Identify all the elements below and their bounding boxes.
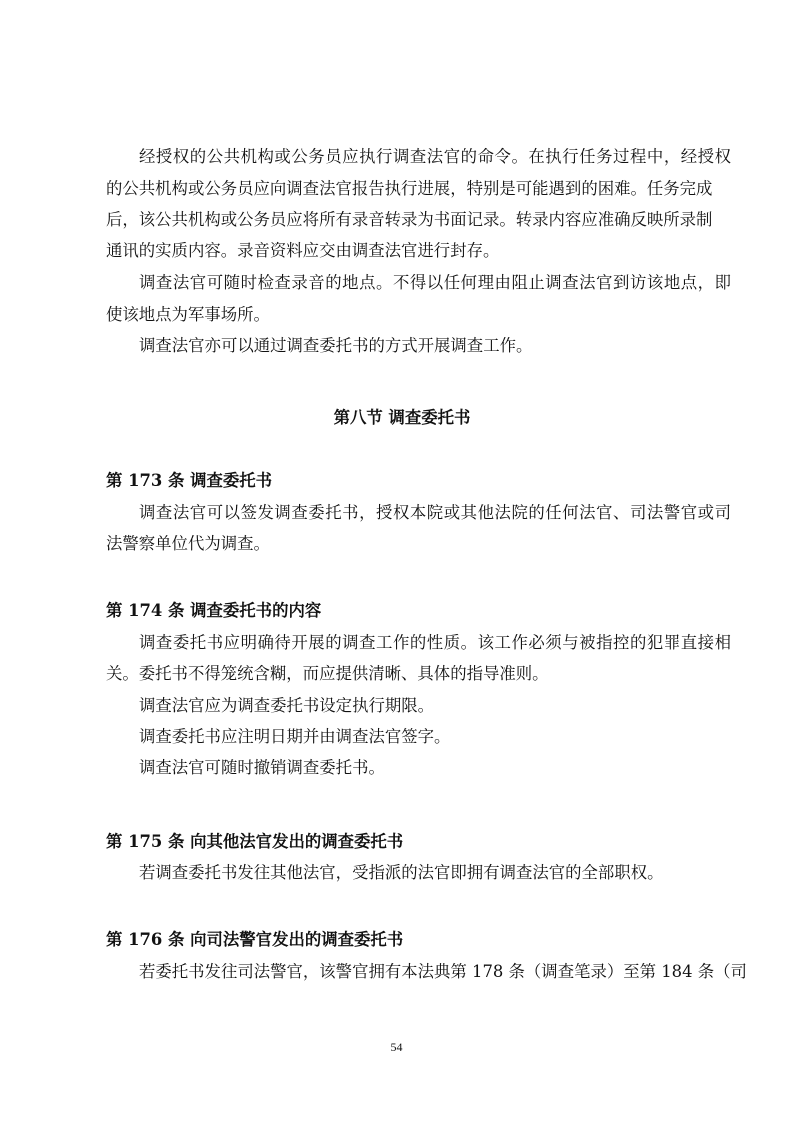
paragraph-line: 调查法官亦可以通过调查委托书的方式开展调查工作。 [106,336,731,356]
paragraph-line: 经授权的公共机构或公务员应执行调查法官的命令。在执行任务过程中，经授权 [106,147,731,167]
paragraph-line: 调查法官可随时撤销调查委托书。 [106,758,731,778]
paragraph-line: 若调查委托书发往其他法官，受指派的法官即拥有调查法官的全部职权。 [106,863,731,883]
article-heading-173: 第 173 条 调查委托书 [106,471,698,491]
article-heading-176: 第 176 条 向司法警官发出的调查委托书 [106,930,698,950]
paragraph-line: 调查法官应为调查委托书设定执行期限。 [106,696,731,716]
paragraph-line: 使该地点为军事场所。 [106,305,698,325]
section-title: 第八节 调查委托书 [106,408,698,428]
article-heading-175: 第 175 条 向其他法官发出的调查委托书 [106,832,698,852]
paragraph-line: 关。委托书不得笼统含糊，而应提供清晰、具体的指导准则。 [106,664,698,684]
paragraph-line: 调查法官可随时检查录音的地点。不得以任何理由阻止调查法官到访该地点，即 [106,273,731,293]
paragraph-line: 调查法官可以签发调查委托书，授权本院或其他法院的任何法官、司法警官或司 [106,503,731,523]
paragraph-line: 法警察单位代为调查。 [106,534,698,554]
paragraph-line: 若委托书发往司法警官，该警官拥有本法典第 178 条（调查笔录）至第 184 条… [106,962,731,982]
paragraph-line: 的公共机构或公务员应向调查法官报告执行进展，特别是可能遇到的困难。任务完成 [106,179,698,199]
paragraph-line: 调查委托书应明确待开展的调查工作的性质。该工作必须与被指控的犯罪直接相 [106,633,731,653]
article-heading-174: 第 174 条 调查委托书的内容 [106,601,698,621]
paragraph-line: 调查委托书应注明日期并由调查法官签字。 [106,727,731,747]
paragraph-line: 通讯的实质内容。录音资料应交由调查法官进行封存。 [106,241,698,261]
paragraph-line: 后，该公共机构或公务员应将所有录音转录为书面记录。转录内容应准确反映所录制 [106,210,698,230]
page-number: 54 [0,1040,793,1055]
